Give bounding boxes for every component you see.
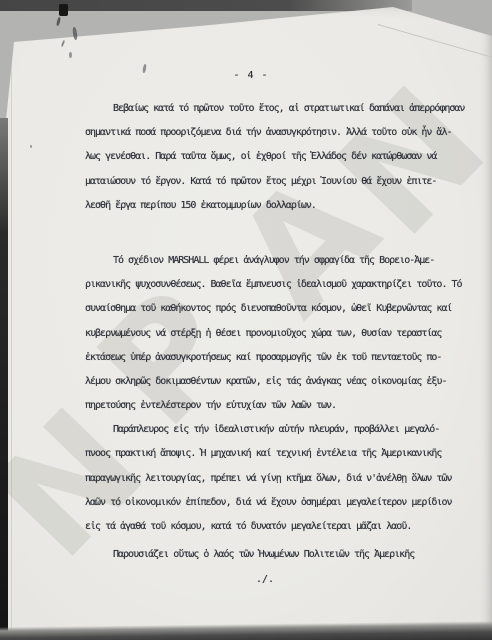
typed-line: λεσθῆ ἔργα περίπου 150 ἑκατομμυρίων δολλ… (85, 200, 465, 224)
continuation-mark: ./. (85, 574, 445, 585)
scan-edge-left (0, 118, 8, 640)
typed-line: Βεβαίως κατά τό πρῶτον τοῦτο ἔτος, αἱ στ… (85, 103, 465, 127)
typed-line: λέμου σκληρῶς δοκιμασθέντων κρατῶν, εἰς … (85, 376, 465, 400)
staple-mark (59, 4, 68, 16)
ink-speck (30, 145, 32, 148)
paper-left-edge-shadow (11, 42, 12, 640)
typed-line: Τό σχέδιον MARSHALL φέρει ἀνάγλυφον τήν … (85, 255, 465, 279)
typed-line: σημαντικά ποσά προοριζόμενα διά τήν ἀνασ… (85, 127, 465, 151)
ink-speck (69, 52, 72, 58)
typed-line: ρικανικῆς ψυχοσυνθέσεως. Βαθεῖα ἔμπνευσι… (85, 279, 465, 303)
typed-line: συναίσθημα τοῦ καθήκοντος πρός διενοπαθο… (85, 303, 465, 327)
typed-paragraph: Τό σχέδιον MARSHALL φέρει ἀνάγλυφον τήν … (85, 255, 465, 424)
typed-paragraph: Παράπλευρος εἰς τήν ἰδεαλιστικήν αὐτήν π… (85, 424, 465, 545)
typed-line: πηρετούσης ἐντελέστερον τήν εὐτυχίαν τῶν… (85, 400, 465, 424)
typed-line: λως γενέσθαι. Παρά ταῦτα ὅμως, οἱ ἐχθροί… (85, 151, 465, 175)
typed-line: Παρουσιάζει οὕτως ὁ λαός τῶν Ἡνωμένων Πο… (85, 549, 465, 573)
typed-paragraph: Παρουσιάζει οὕτως ὁ λαός τῶν Ἡνωμένων Πο… (85, 549, 465, 573)
typed-line: παραγωγικῆς λειτουργίας, πρέπει νά γίνῃ … (85, 473, 465, 497)
paper-sheet: Ν Ρ Α Ν - 4 - Βεβαίως κατά τό πρῶτον τοῦ… (0, 0, 492, 640)
typed-line: εἰς τά ἀγαθά τοῦ κόσμου, κατά τό δυνατόν… (85, 521, 465, 545)
ink-speck (56, 17, 61, 26)
typed-text-block: Βεβαίως κατά τό πρῶτον τοῦτο ἔτος, αἱ στ… (85, 103, 465, 573)
typed-line: λαῶν τό οἰκονομικόν ἐπίπεδον, διά νά ἔχο… (85, 497, 465, 521)
typed-line: κυβερνωμένους νά στέρξῃ ἡ θέσει προνομιο… (85, 328, 465, 352)
typed-line: ἐκτάσεως ὑπέρ ἀνασυγκροτήσεως καί προσαρ… (85, 352, 465, 376)
typed-line: ματαιώσουν τό ἔργον. Κατά τό πρῶτον ἔτος… (85, 176, 465, 200)
page-number: - 4 - (85, 70, 417, 81)
typed-paragraph: Βεβαίως κατά τό πρῶτον τοῦτο ἔτος, αἱ στ… (85, 103, 465, 224)
typed-line: Παράπλευρος εἰς τήν ἰδεαλιστικήν αὐτήν π… (85, 424, 465, 448)
typed-line: πνοος πρακτική ἄποψις. Ἡ μηχανική καί τε… (85, 448, 465, 472)
